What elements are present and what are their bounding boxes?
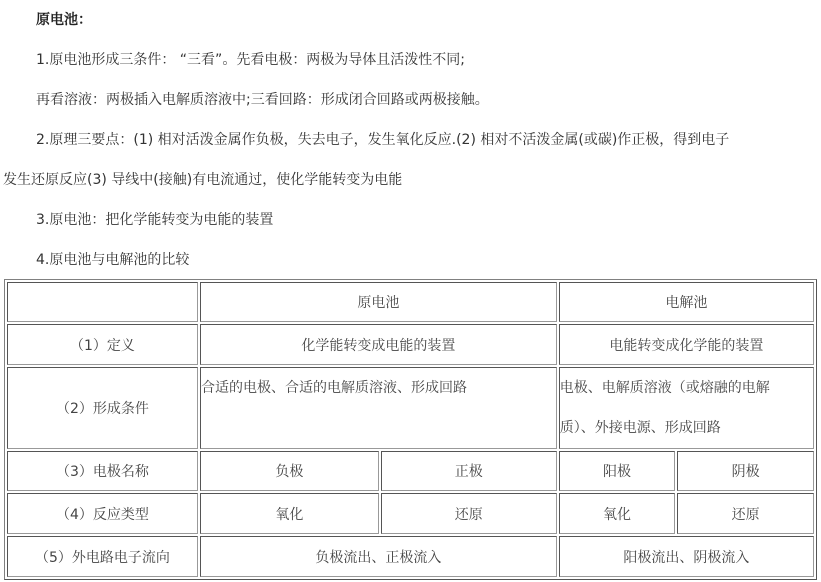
electrolytic-conditions: 电极、电解质溶液（或熔融的电解 质）、外接电源、形成回路	[559, 367, 814, 449]
galvanic-anode-reaction: 氧化	[200, 493, 379, 534]
row-label: （2）形成条件	[7, 367, 198, 449]
galvanic-conditions: 合适的电极、合适的电解质溶液、形成回路	[200, 367, 557, 449]
galvanic-cathode-name: 正极	[381, 451, 557, 491]
electrolytic-anode-reaction: 氧化	[559, 493, 676, 534]
electrolytic-conditions-line-2: 质）、外接电源、形成回路	[560, 408, 813, 448]
galvanic-cathode-reaction: 还原	[381, 493, 557, 534]
row-label: （4）反应类型	[7, 493, 198, 534]
table-row: （2）形成条件 合适的电极、合适的电解质溶液、形成回路 电极、电解质溶液（或熔融…	[7, 367, 814, 449]
electrolytic-cathode-name: 阴极	[677, 451, 814, 491]
comparison-table: 原电池 电解池 （1）定义 化学能转变成电能的装置 电能转变成化学能的装置 （2…	[4, 279, 817, 580]
paragraph-6: 4.原电池与电解池的比较	[36, 250, 189, 270]
section-heading: 原电池：	[36, 10, 92, 30]
row-label: （3）电极名称	[7, 451, 198, 491]
paragraph-5: 3.原电池：把化学能转变为电能的装置	[36, 210, 273, 230]
header-electrolytic-cell: 电解池	[559, 282, 814, 322]
table-header-row: 原电池 电解池	[7, 282, 814, 322]
paragraph-4: 发生还原反应(3) 导线中(接触)有电流通过，使化学能转变为电能	[3, 170, 402, 190]
paragraph-2: 再看溶液：两极插入电解质溶液中;三看回路：形成闭合回路或两极接触。	[36, 90, 489, 110]
header-cell-empty	[7, 282, 198, 322]
table-row: （4）反应类型 氧化 还原 氧化 还原	[7, 493, 814, 534]
table-row: （1）定义 化学能转变成电能的装置 电能转变成化学能的装置	[7, 324, 814, 365]
table-row: （3）电极名称 负极 正极 阳极 阴极	[7, 451, 814, 491]
electrolytic-cathode-reaction: 还原	[677, 493, 814, 534]
galvanic-anode-name: 负极	[200, 451, 379, 491]
electrolytic-definition: 电能转变成化学能的装置	[559, 324, 814, 365]
row-label: （1）定义	[7, 324, 198, 365]
electrolytic-anode-name: 阳极	[559, 451, 676, 491]
table-row: （5）外电路电子流向 负极流出、正极流入 阳极流出、阴极流入	[7, 536, 814, 577]
paragraph-3: 2.原理三要点：(1) 相对活泼金属作负极，失去电子，发生氧化反应.(2) 相对…	[36, 130, 729, 150]
galvanic-definition: 化学能转变成电能的装置	[200, 324, 557, 365]
electrolytic-electron-flow: 阳极流出、阴极流入	[559, 536, 814, 577]
row-label: （5）外电路电子流向	[7, 536, 198, 577]
paragraph-1: 1.原电池形成三条件： “三看”。先看电极：两极为导体且活泼性不同;	[36, 50, 465, 70]
electrolytic-conditions-line-1: 电极、电解质溶液（或熔融的电解	[560, 368, 813, 408]
galvanic-electron-flow: 负极流出、正极流入	[200, 536, 557, 577]
header-galvanic-cell: 原电池	[200, 282, 557, 322]
